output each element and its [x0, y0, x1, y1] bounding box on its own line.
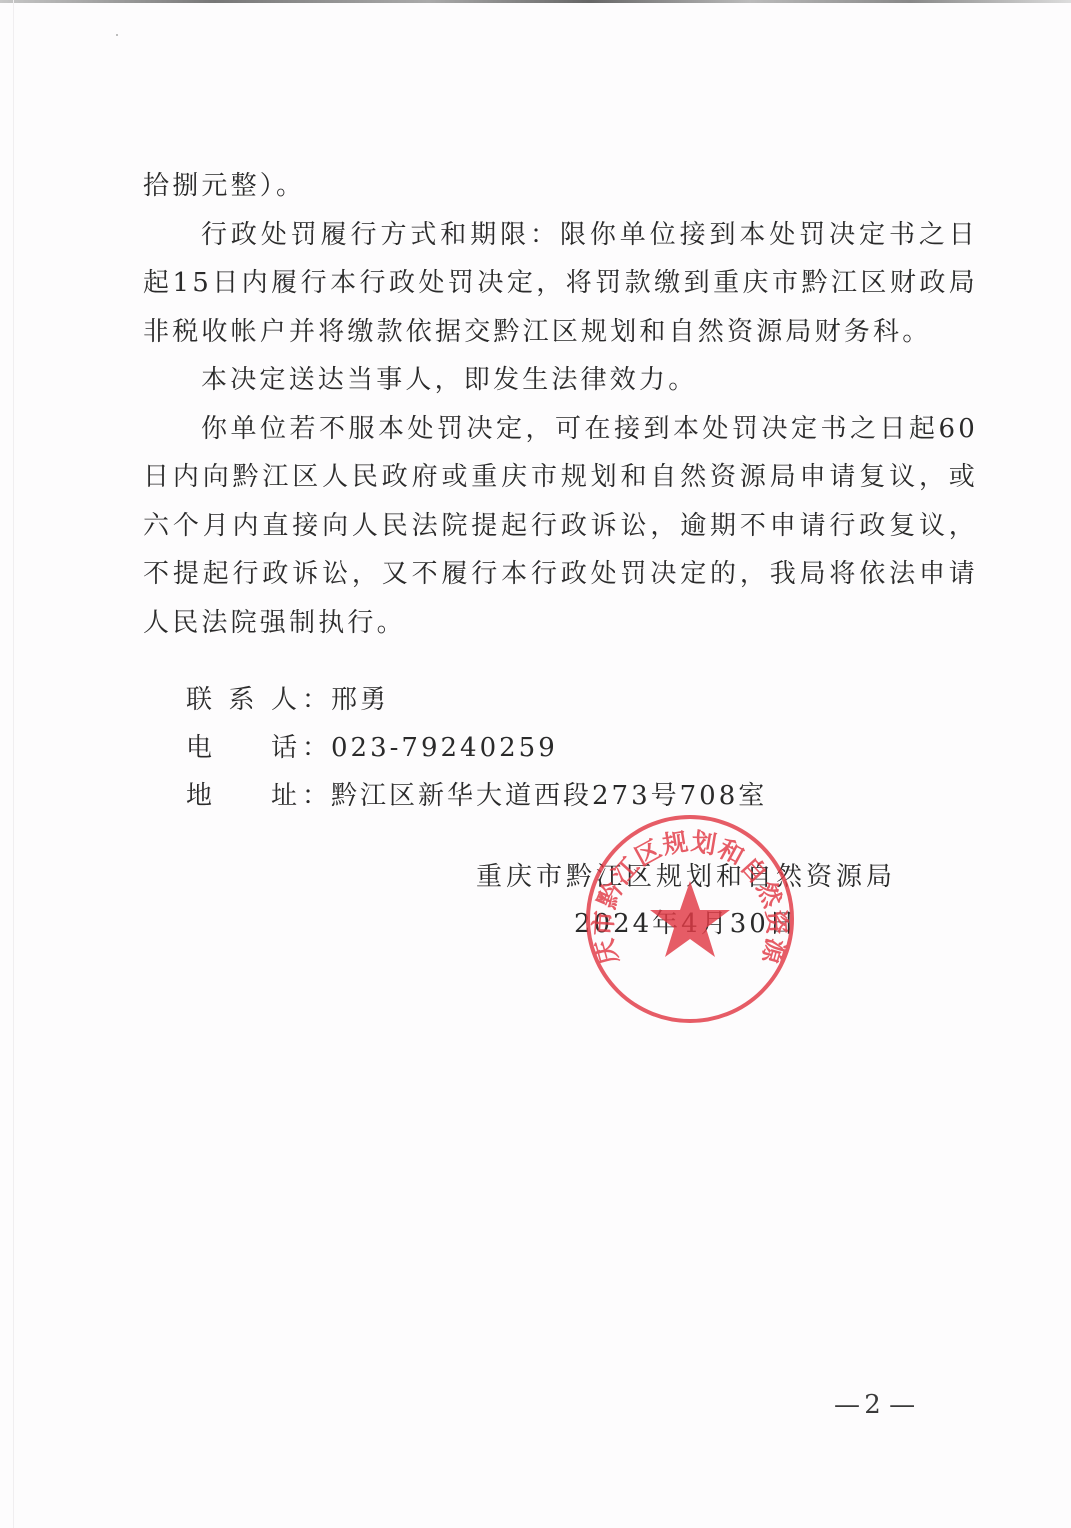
paragraph-appeal-rights: 你单位若不服本处罚决定，可在接到本处罚决定书之日起60日内向黔江区人民政府或重庆…: [143, 405, 978, 648]
page-dash-right: —: [889, 1390, 911, 1420]
scan-fold-line: [13, 0, 14, 1528]
document-body: 拾捌元整）。 行政处罚履行方式和期限：限你单位接到本处罚决定书之日起15日内履行…: [143, 162, 978, 647]
paragraph-continuation: 拾捌元整）。: [143, 162, 978, 211]
colon: ：: [302, 772, 331, 820]
contact-phone-value: 023-79240259: [331, 724, 558, 772]
scan-top-edge: [0, 0, 1071, 3]
contact-person-label: 联系人: [186, 676, 300, 724]
contact-phone-row: 电话：023-79240259: [186, 724, 767, 772]
paragraph-effect: 本决定送达当事人，即发生法律效力。: [143, 356, 978, 405]
page-number-value: 2: [864, 1390, 881, 1420]
contact-address-label: 地址: [186, 772, 300, 820]
contact-person-value: 邢勇: [331, 676, 389, 724]
signature-organization: 重庆市黔江区规划和自然资源局: [476, 856, 896, 893]
colon: ：: [302, 724, 331, 772]
signature-date: 2024年4月30日: [574, 903, 798, 940]
contact-address-row: 地址：黔江区新华大道西段273号708室: [186, 772, 767, 820]
page-dash-left: —: [834, 1390, 856, 1420]
scan-speck: [116, 34, 118, 36]
contact-address-value: 黔江区新华大道西段273号708室: [331, 772, 767, 820]
contact-phone-label: 电话: [186, 724, 300, 772]
contact-person-row: 联系人：邢勇: [186, 676, 767, 724]
colon: ：: [302, 676, 331, 724]
contact-block: 联系人：邢勇 电话：023-79240259 地址：黔江区新华大道西段273号7…: [186, 676, 767, 820]
page-number: — 2 —: [834, 1390, 911, 1420]
paragraph-payment-terms: 行政处罚履行方式和期限：限你单位接到本处罚决定书之日起15日内履行本行政处罚决定…: [143, 211, 978, 357]
